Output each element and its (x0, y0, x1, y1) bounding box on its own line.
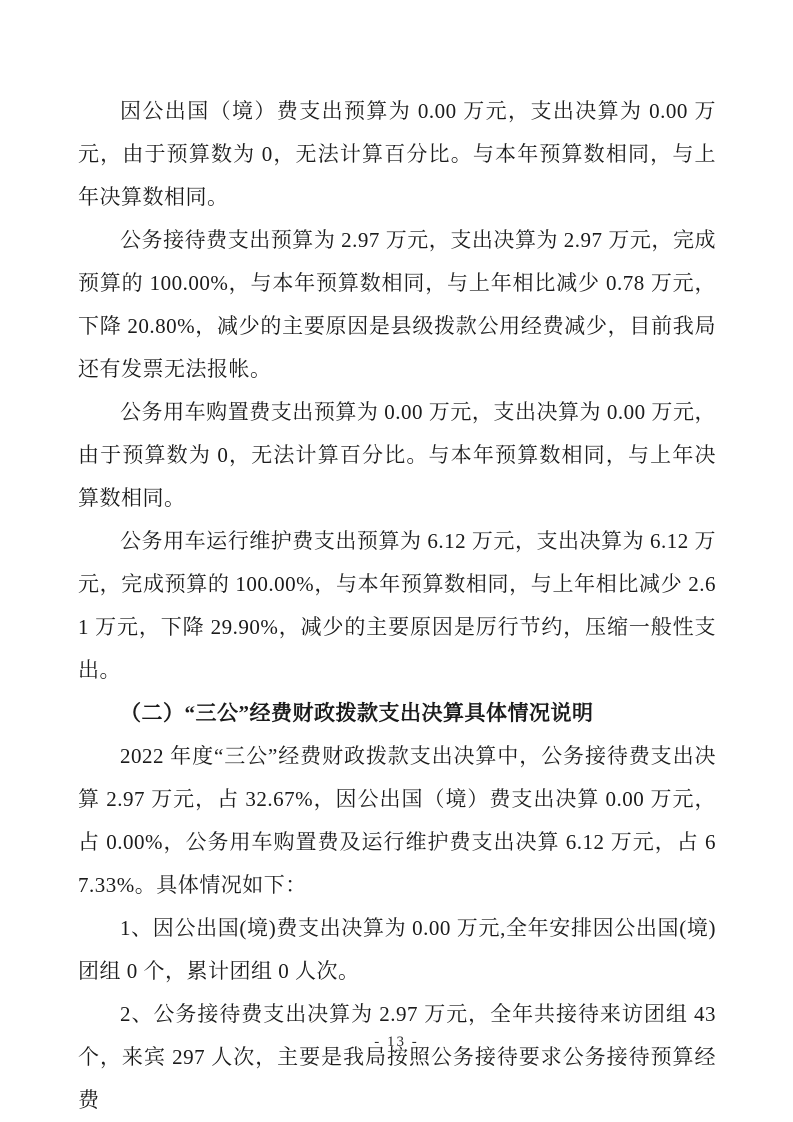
document-page: 因公出国（境）费支出预算为 0.00 万元，支出决算为 0.00 万元，由于预算… (0, 0, 793, 1122)
page-footer: - 13 - (0, 1031, 793, 1053)
paragraph-item-2-reception: 2、公务接待费支出决算为 2.97 万元，全年共接待来访团组 43 个，来宾 2… (78, 993, 716, 1122)
paragraph-official-reception-budget: 公务接待费支出预算为 2.97 万元，支出决算为 2.97 万元，完成预算的 1… (78, 219, 716, 391)
paragraph-vehicle-purchase-budget: 公务用车购置费支出预算为 0.00 万元，支出决算为 0.00 万元，由于预算数… (78, 391, 716, 520)
paragraph-2022-summary: 2022 年度“三公”经费财政拨款支出决算中，公务接待费支出决算 2.97 万元… (78, 735, 716, 907)
page-number: - 13 - (374, 1034, 419, 1050)
paragraph-vehicle-maintenance-budget: 公务用车运行维护费支出预算为 6.12 万元，支出决算为 6.12 万元，完成预… (78, 520, 716, 692)
paragraph-outbound-travel-budget: 因公出国（境）费支出预算为 0.00 万元，支出决算为 0.00 万元，由于预算… (78, 90, 716, 219)
section-heading: （二）“三公”经费财政拨款支出决算具体情况说明 (78, 692, 716, 735)
paragraph-item-1-outbound-travel: 1、因公出国(境)费支出决算为 0.00 万元,全年安排因公出国(境)团组 0 … (78, 907, 716, 993)
